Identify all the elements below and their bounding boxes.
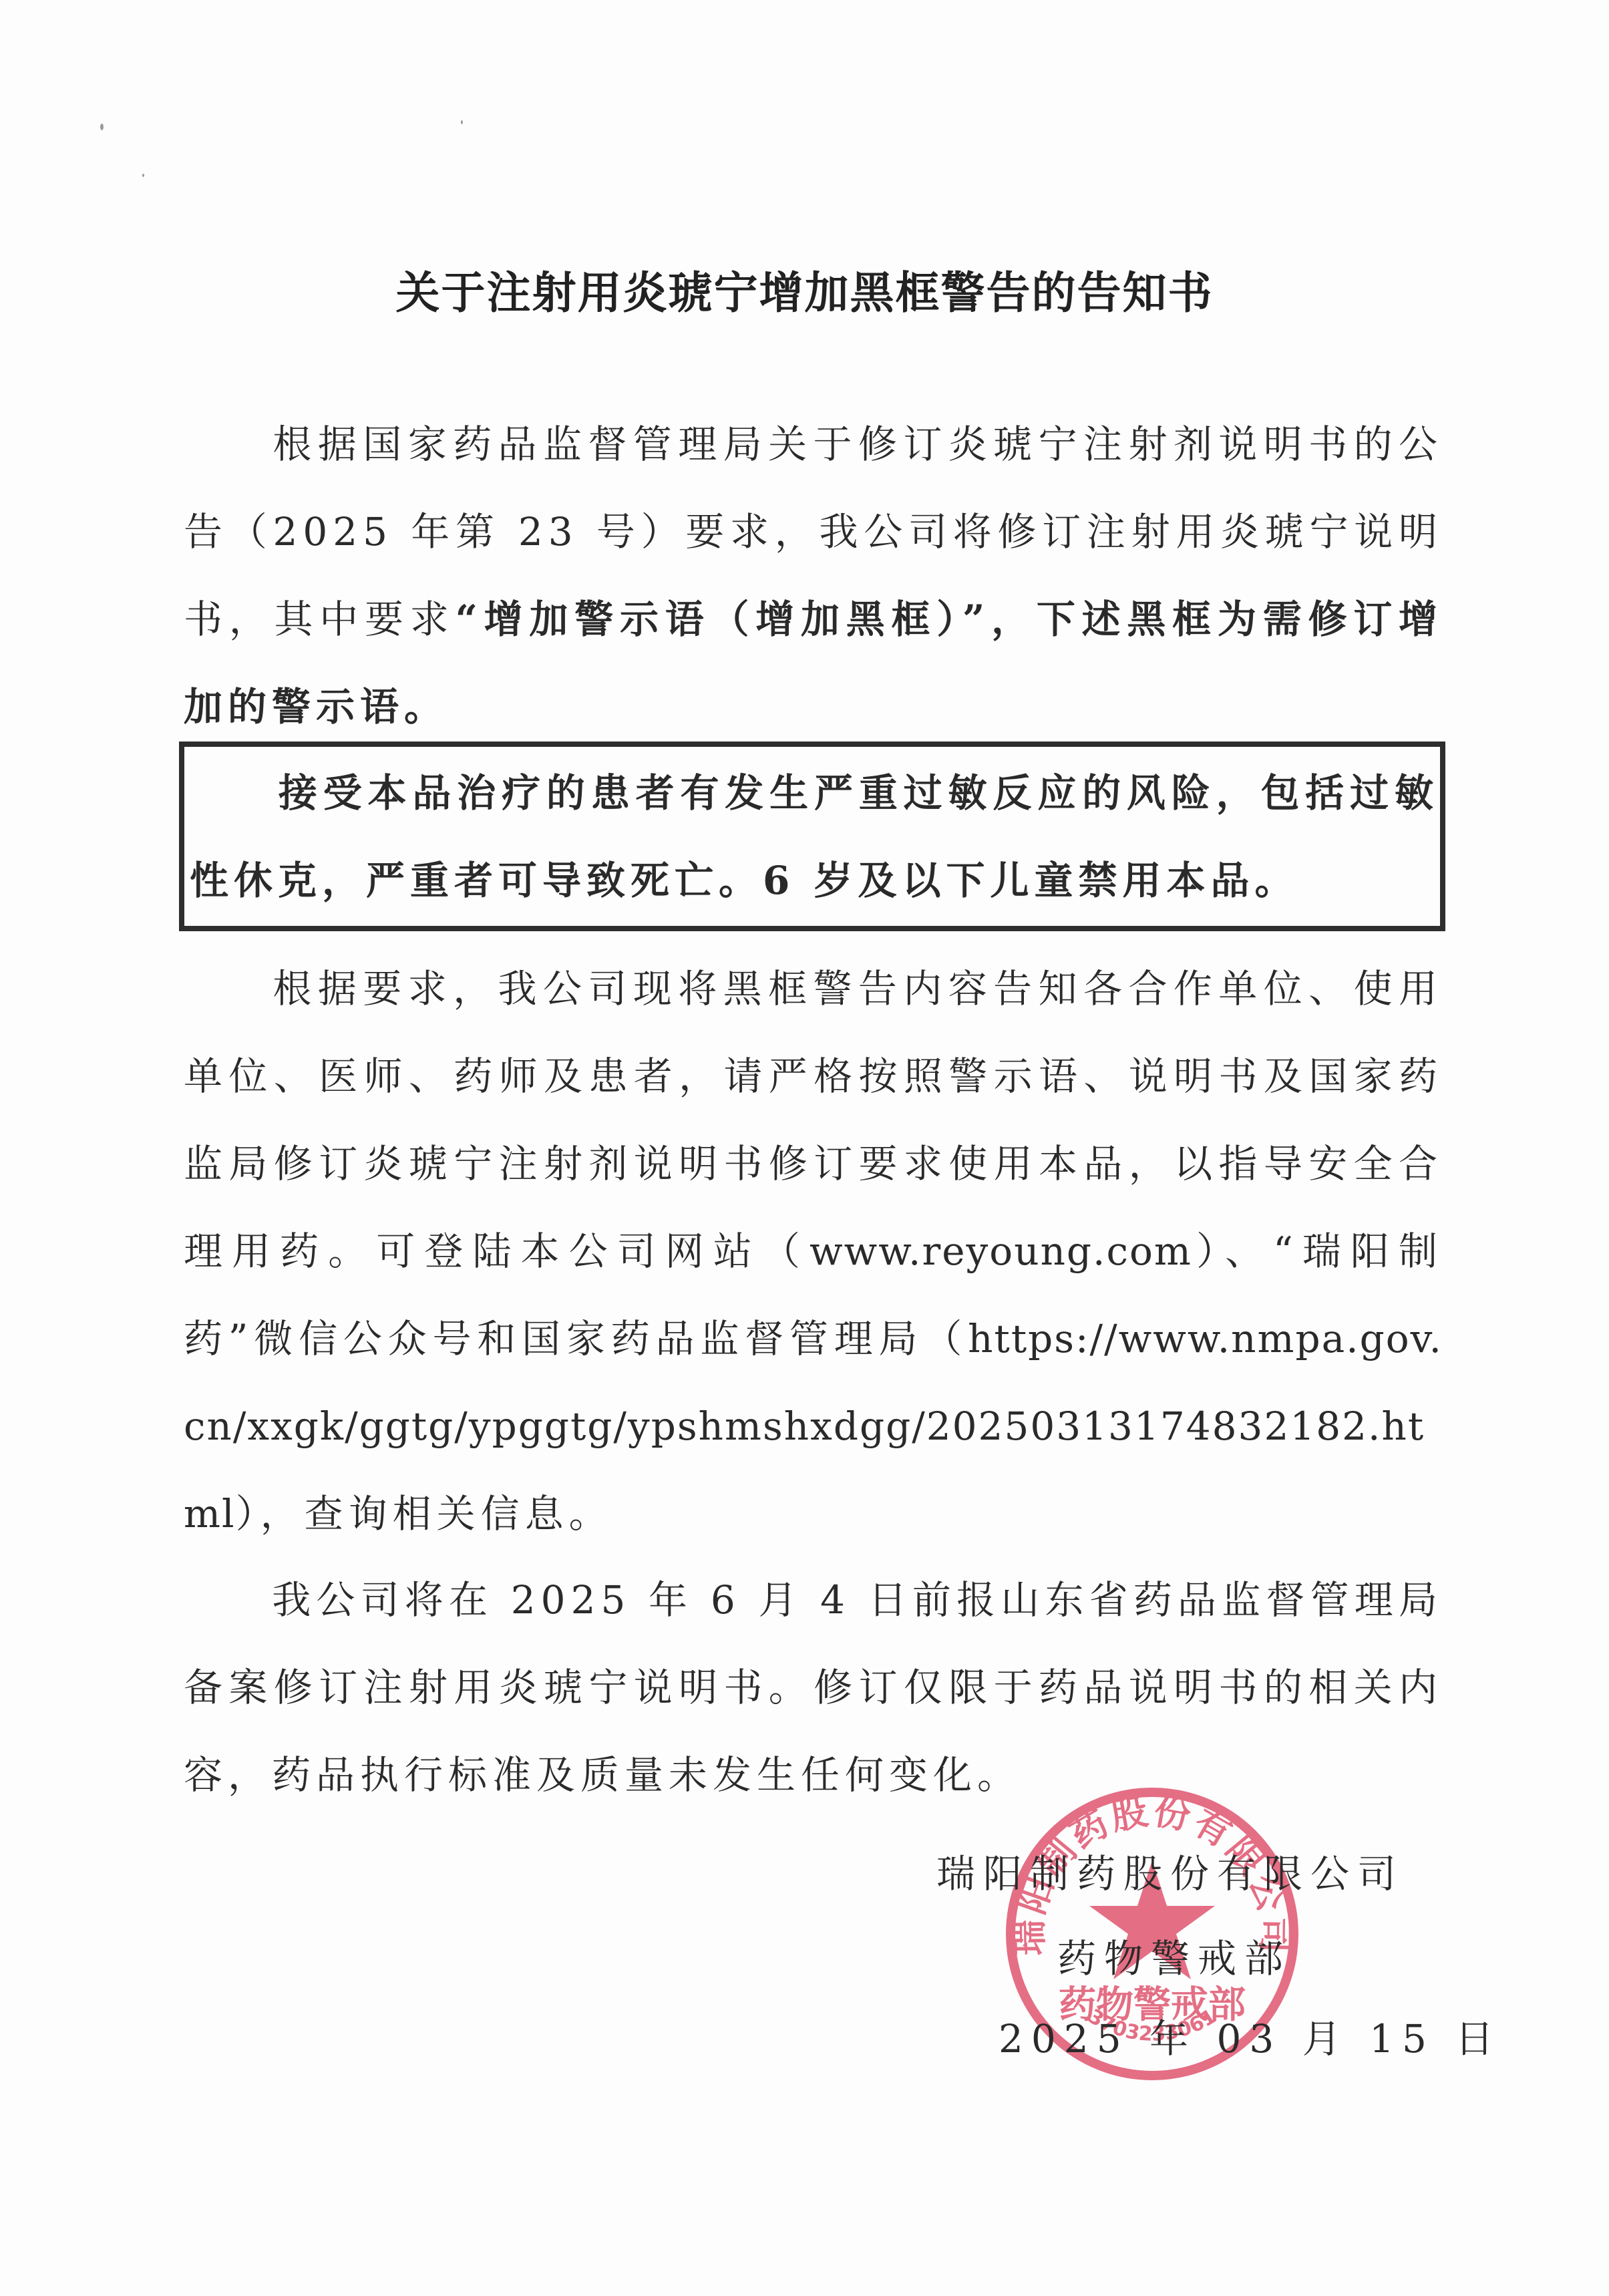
- signature-date: 2025 年 03 月 15 日: [999, 2007, 1501, 2064]
- signature-company: 瑞阳制药股份有限公司: [936, 1842, 1404, 1899]
- warning-text-container: 接受本品治疗的患者有发生严重过敏反应的风险，包括过敏性休克，严重者可导致死亡。6…: [190, 750, 1439, 925]
- document-page: 关于注射用炎琥宁增加黑框警告的告知书 根据国家药品监督管理局关于修订炎琥宁注射剂…: [0, 0, 1609, 2296]
- scan-speck: [461, 120, 463, 124]
- document-title: 关于注射用炎琥宁增加黑框警告的告知书: [0, 257, 1609, 321]
- paragraph-text: ），查询相关信息。: [236, 1491, 613, 1536]
- company-website-link[interactable]: www.reyoung.com: [810, 1228, 1192, 1274]
- scan-speck: [100, 124, 104, 130]
- warning-text: 接受本品治疗的患者有发生严重过敏反应的风险，包括过敏性休克，严重者可导致死亡。6…: [190, 770, 1439, 903]
- paragraph-text: 根据要求，我公司现将黑框警告内容告知各合作单位、使用单位、医师、药师及患者，请严…: [184, 966, 1443, 1274]
- signature-department: 药物警戒部: [1057, 1927, 1291, 1983]
- scan-speck: [142, 174, 144, 177]
- paragraph-text: 我公司将在 2025 年 6 月 4 日前报山东省药品监督管理局备案修订注射用炎…: [184, 1577, 1443, 1798]
- paragraph-announcement: 根据国家药品监督管理局关于修订炎琥宁注射剂说明书的公告（2025 年第 23 号…: [184, 401, 1443, 751]
- black-box-warning: 接受本品治疗的患者有发生严重过敏反应的风险，包括过敏性休克，严重者可导致死亡。6…: [179, 742, 1445, 931]
- paragraph-notification: 根据要求，我公司现将黑框警告内容告知各合作单位、使用单位、医师、药师及患者，请严…: [184, 945, 1443, 1558]
- bold-requirement: “增加警示语（增加黑框）”: [456, 597, 991, 642]
